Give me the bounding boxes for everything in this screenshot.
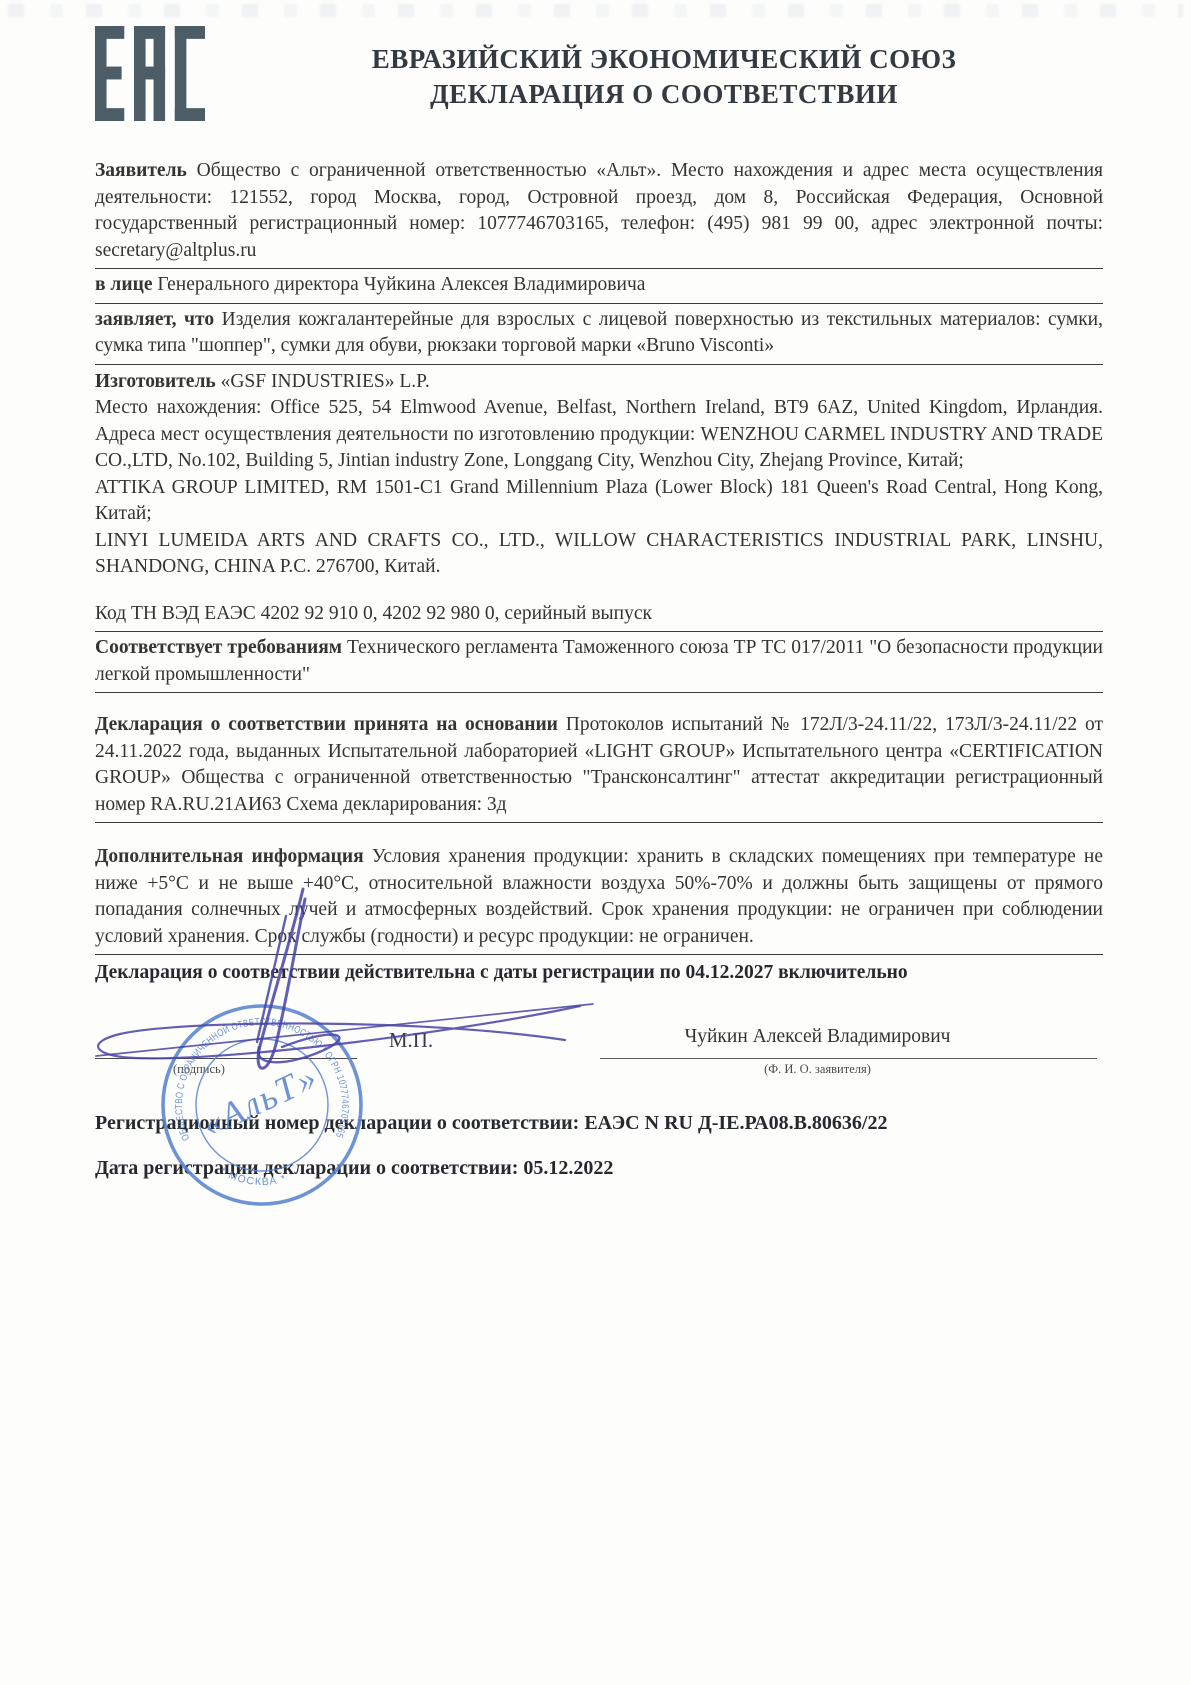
eac-logo-icon: [95, 26, 205, 126]
additional-info-section: Дополнительная информация Условия хранен…: [95, 841, 1103, 955]
manufacturer-section: Изготовитель «GSF INDUSTRIES» L.P. Место…: [95, 365, 1103, 581]
signature-caption: (подпись): [173, 1062, 225, 1077]
full-name-line: [600, 1058, 1097, 1059]
stamp-place-label: М.П.: [365, 1028, 457, 1053]
additional-info-label: Дополнительная информация: [95, 846, 364, 867]
applicant-text: Общество с ограниченной ответственностью…: [95, 160, 1103, 261]
manufacturer-name-row: Изготовитель «GSF INDUSTRIES» L.P.: [95, 369, 1103, 396]
complies-label: Соответствует требованиям: [95, 637, 342, 658]
in-person-label: в лице: [95, 274, 152, 295]
full-name-caption: (Ф. И. О. заявителя): [600, 1062, 1095, 1077]
manufacturer-address-1: Место нахождения: Office 525, 54 Elmwood…: [95, 395, 1103, 475]
document-title: ЕВРАЗИЙСКИЙ ЭКОНОМИЧЕСКИЙ СОЮЗ ДЕКЛАРАЦИ…: [225, 26, 1103, 112]
registration-number-value: ЕАЭС N RU Д-IE.РА08.В.80636/22: [584, 1112, 887, 1134]
tnved-code-section: Код ТН ВЭД ЕАЭС 4202 92 910 0, 4202 92 9…: [95, 601, 1103, 633]
applicant-full-name: Чуйкин Алексей Владимирович: [600, 1026, 1095, 1048]
applicant-label: Заявитель: [95, 160, 187, 181]
manufacturer-address-3: LINYI LUMEIDA ARTS AND CRAFTS CO., LTD.,…: [95, 528, 1103, 581]
basis-label: Декларация о соответствии принята на осн…: [95, 714, 558, 735]
registration-number-row: Регистрационный номер декларации о соотв…: [95, 1110, 1103, 1136]
declares-text: Изделия кожгалантерейные для взрослых с …: [95, 309, 1103, 357]
title-line-declaration: ДЕКЛАРАЦИЯ О СООТВЕТСТВИИ: [225, 77, 1103, 112]
manufacturer-name: «GSF INDUSTRIES» L.P.: [221, 371, 430, 392]
validity-section: Декларация о соответствии действительна …: [95, 955, 1103, 986]
declares-section: заявляет, что Изделия кожгалантерейные д…: [95, 304, 1103, 365]
in-person-text: Генерального директора Чуйкина Алексея В…: [157, 274, 645, 295]
basis-section: Декларация о соответствии принята на осн…: [95, 709, 1103, 823]
manufacturer-label: Изготовитель: [95, 371, 216, 392]
registration-number-label: Регистрационный номер декларации о соотв…: [95, 1112, 579, 1134]
complies-section: Соответствует требованиям Технического р…: [95, 632, 1103, 693]
declaration-document: ЕВРАЗИЙСКИЙ ЭКОНОМИЧЕСКИЙ СОЮЗ ДЕКЛАРАЦИ…: [0, 0, 1191, 1685]
scan-noise-artifact: [8, 4, 1183, 17]
registration-date-label: Дата регистрации декларации о соответств…: [95, 1157, 518, 1179]
in-person-section: в лице Генерального директора Чуйкина Ал…: [95, 269, 1103, 304]
declares-label: заявляет, что: [95, 309, 214, 330]
signature-line: [95, 1058, 357, 1059]
registration-date-row: Дата регистрации декларации о соответств…: [95, 1155, 1103, 1181]
manufacturer-address-2: ATTIKA GROUP LIMITED, RM 1501-C1 Grand M…: [95, 475, 1103, 528]
title-line-union: ЕВРАЗИЙСКИЙ ЭКОНОМИЧЕСКИЙ СОЮЗ: [225, 42, 1103, 77]
signature-block: (подпись) М.П. Чуйкин Алексей Владимиров…: [95, 1000, 1103, 1092]
document-header: ЕВРАЗИЙСКИЙ ЭКОНОМИЧЕСКИЙ СОЮЗ ДЕКЛАРАЦИ…: [95, 26, 1103, 126]
document-content: ЕВРАЗИЙСКИЙ ЭКОНОМИЧЕСКИЙ СОЮЗ ДЕКЛАРАЦИ…: [95, 26, 1103, 1181]
applicant-section: Заявитель Общество с ограниченной ответс…: [95, 158, 1103, 269]
registration-date-value: 05.12.2022: [523, 1157, 613, 1179]
